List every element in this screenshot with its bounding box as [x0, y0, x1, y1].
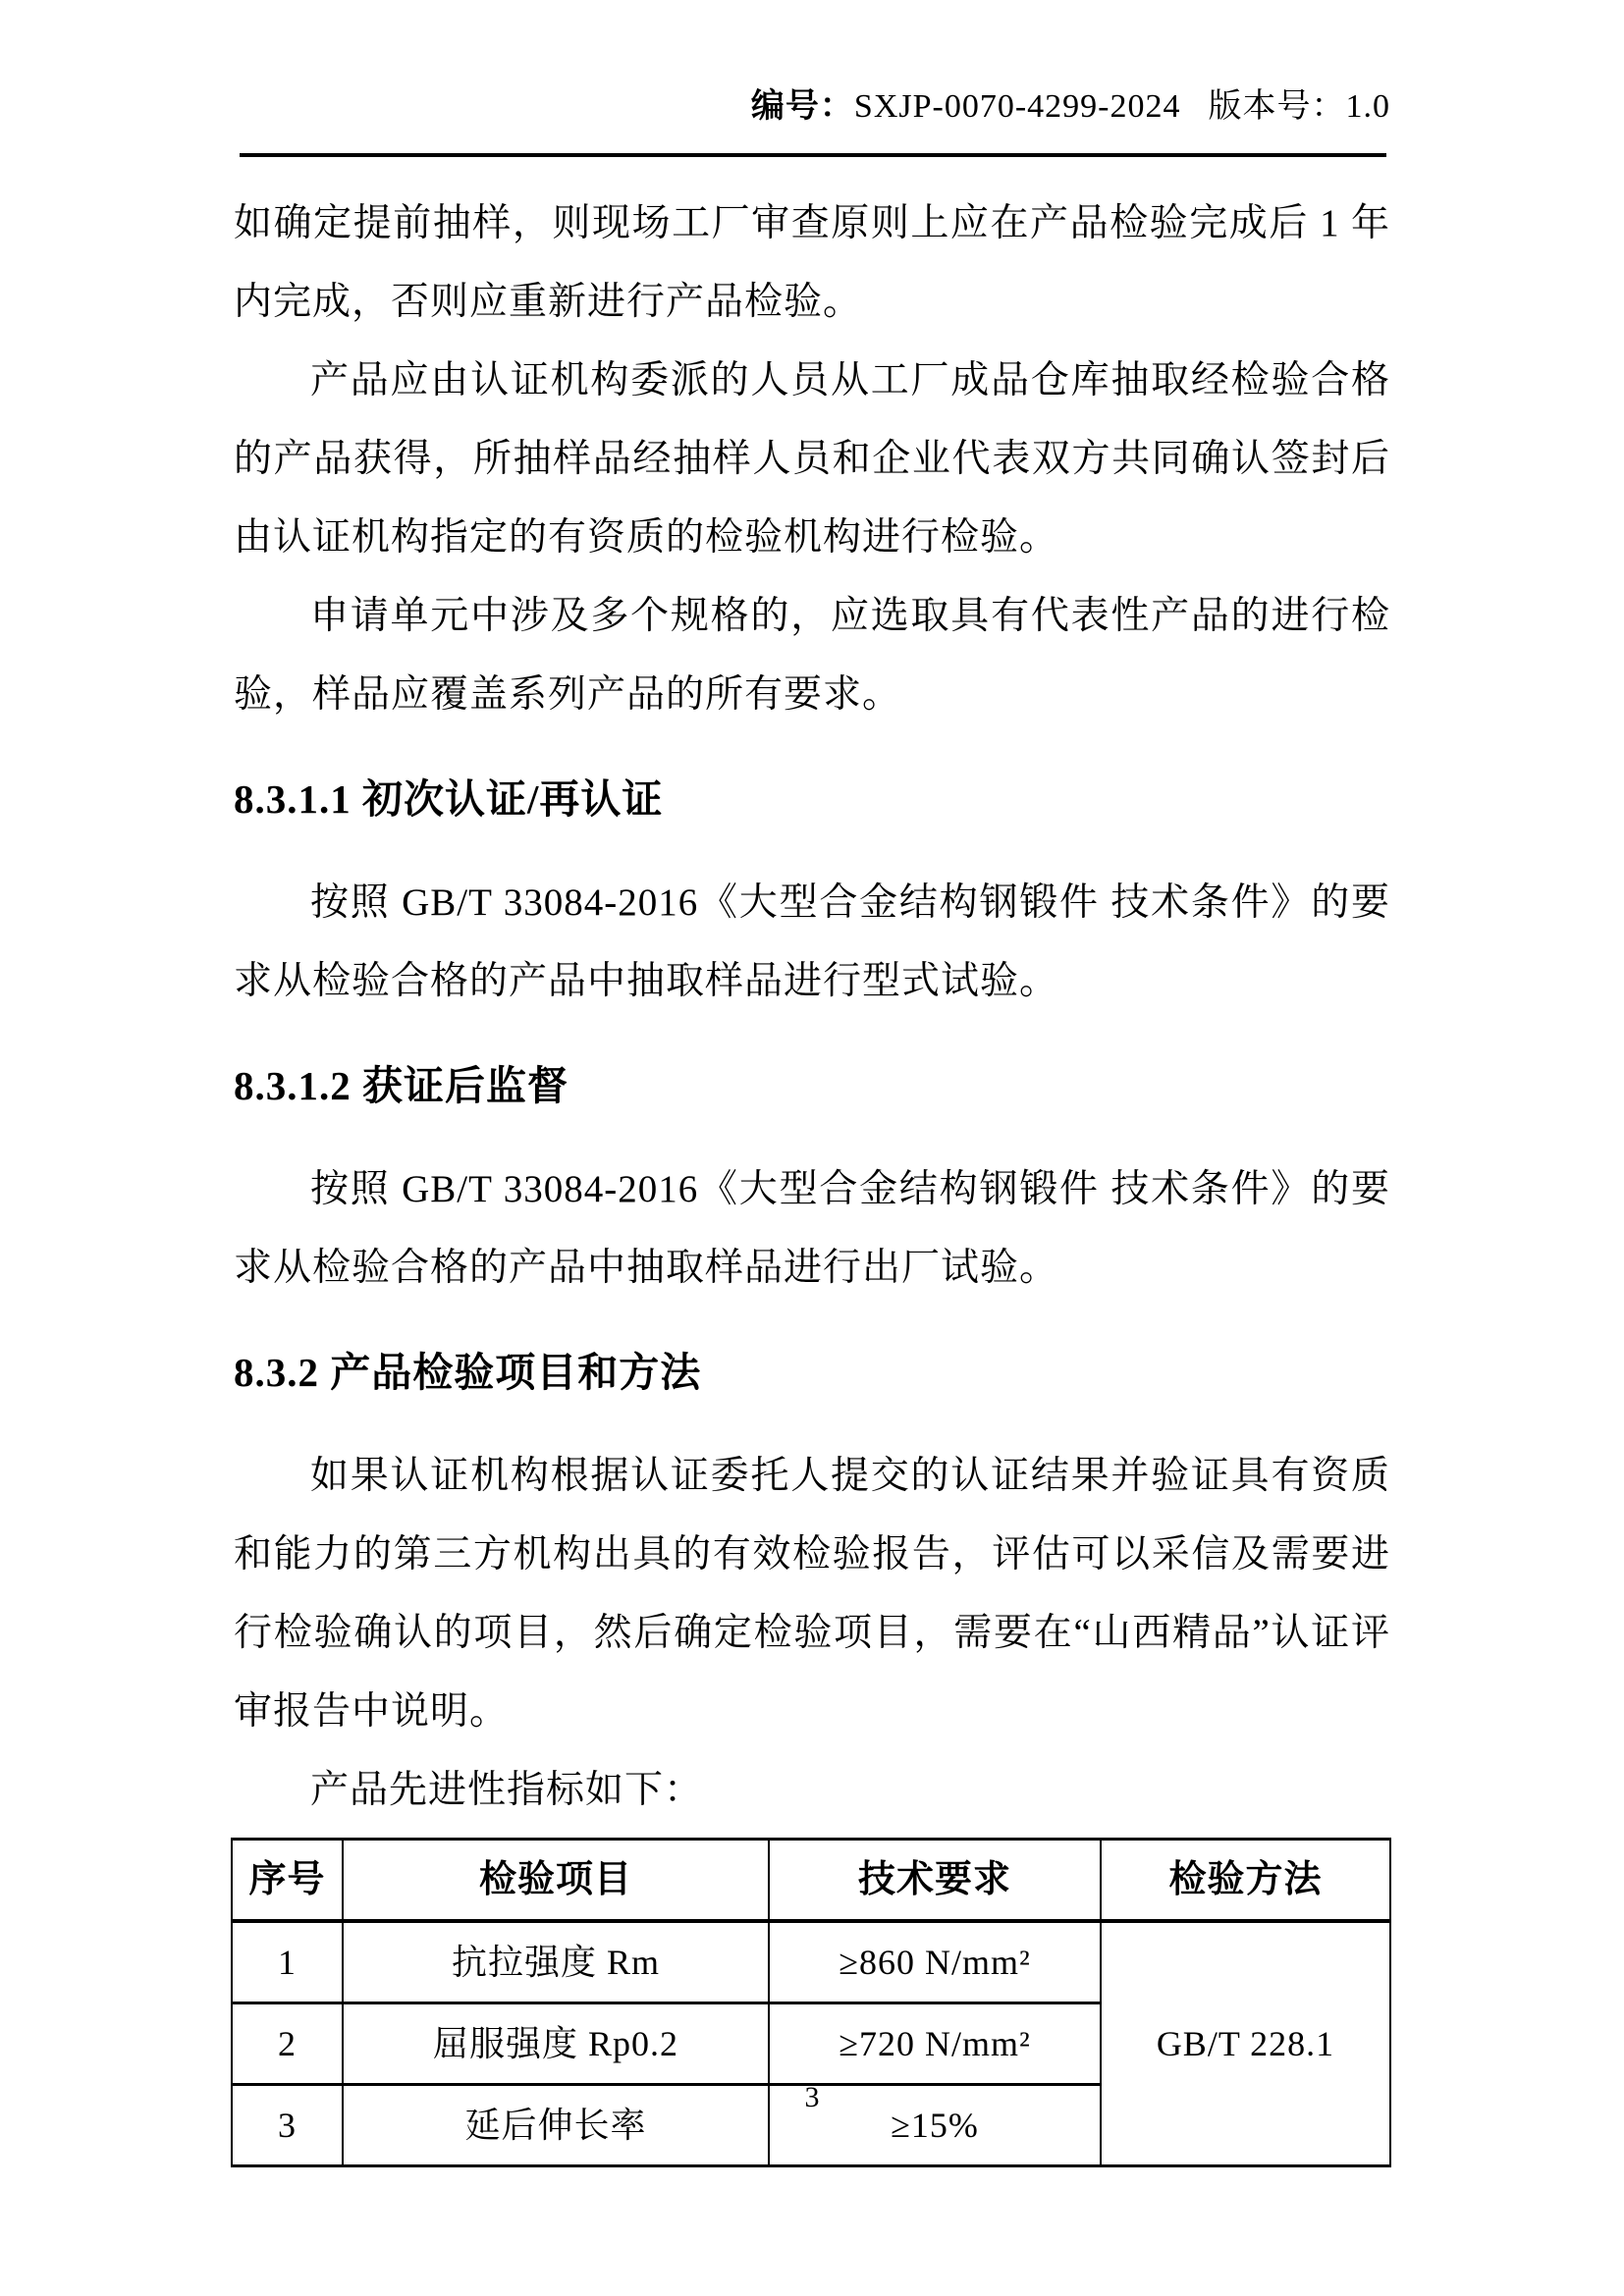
cell-item-2: 屈服强度 Rp0.2: [343, 2003, 769, 2085]
doc-number-label: 编号：: [751, 88, 854, 125]
heading-8-3-2: 8.3.2 产品检验项目和方法: [234, 1333, 1390, 1412]
document-page: 编号：SXJP-0070-4299-2024版本号：1.0 如确定提前抽样，则现…: [0, 0, 1624, 2296]
document-body: 如确定提前抽样，则现场工厂审查原则上应在产品检验完成后 1 年内完成，否则应重新…: [234, 185, 1390, 2167]
paragraph-indicator-intro: 产品先进性指标如下：: [234, 1751, 1390, 1830]
paragraph-post-certification: 按照 GB/T 33084-2016《大型合金结构钢锻件 技术条件》的要求从检验…: [234, 1150, 1390, 1308]
cell-req-2: ≥720 N/mm²: [769, 2003, 1101, 2085]
cell-method-merged: GB/T 228.1: [1101, 1921, 1390, 2166]
cell-item-1: 抗拉强度 Rm: [343, 1921, 769, 2003]
document-header: 编号：SXJP-0070-4299-2024版本号：1.0: [234, 79, 1390, 127]
column-header-item: 检验项目: [343, 1840, 769, 1922]
product-indicator-table: 序号 检验项目 技术要求 检验方法 1 抗拉强度 Rm ≥860 N/mm² G…: [231, 1838, 1391, 2167]
column-header-seq: 序号: [232, 1840, 343, 1922]
column-header-method: 检验方法: [1101, 1840, 1390, 1922]
doc-number-value: SXJP-0070-4299-2024: [854, 88, 1181, 125]
cell-req-1: ≥860 N/mm²: [769, 1921, 1101, 2003]
table-row: 1 抗拉强度 Rm ≥860 N/mm² GB/T 228.1: [232, 1921, 1390, 2003]
column-header-req: 技术要求: [769, 1840, 1101, 1922]
paragraph-sampling-deadline: 如确定提前抽样，则现场工厂审查原则上应在产品检验完成后 1 年内完成，否则应重新…: [234, 185, 1390, 342]
paragraph-inspection-items: 如果认证机构根据认证委托人提交的认证结果并验证具有资质和能力的第三方机构出具的有…: [234, 1437, 1390, 1751]
paragraph-initial-certification: 按照 GB/T 33084-2016《大型合金结构钢锻件 技术条件》的要求从检验…: [234, 864, 1390, 1021]
paragraph-multiple-specs: 申请单元中涉及多个规格的，应选取具有代表性产品的进行检验，样品应覆盖系列产品的所…: [234, 577, 1390, 734]
heading-8-3-1-2: 8.3.1.2 获证后监督: [234, 1046, 1390, 1125]
doc-version-label: 版本号：: [1209, 88, 1346, 125]
doc-version-value: 1.0: [1346, 88, 1391, 125]
heading-8-3-1-1: 8.3.1.1 初次认证/再认证: [234, 760, 1390, 838]
page-number: 3: [234, 2081, 1390, 2114]
cell-seq-2: 2: [232, 2003, 343, 2085]
table-header-row: 序号 检验项目 技术要求 检验方法: [232, 1840, 1390, 1922]
header-divider-rule: [240, 153, 1386, 157]
paragraph-sampling-procedure: 产品应由认证机构委派的人员从工厂成品仓库抽取经检验合格的产品获得，所抽样品经抽样…: [234, 342, 1390, 577]
cell-seq-1: 1: [232, 1921, 343, 2003]
